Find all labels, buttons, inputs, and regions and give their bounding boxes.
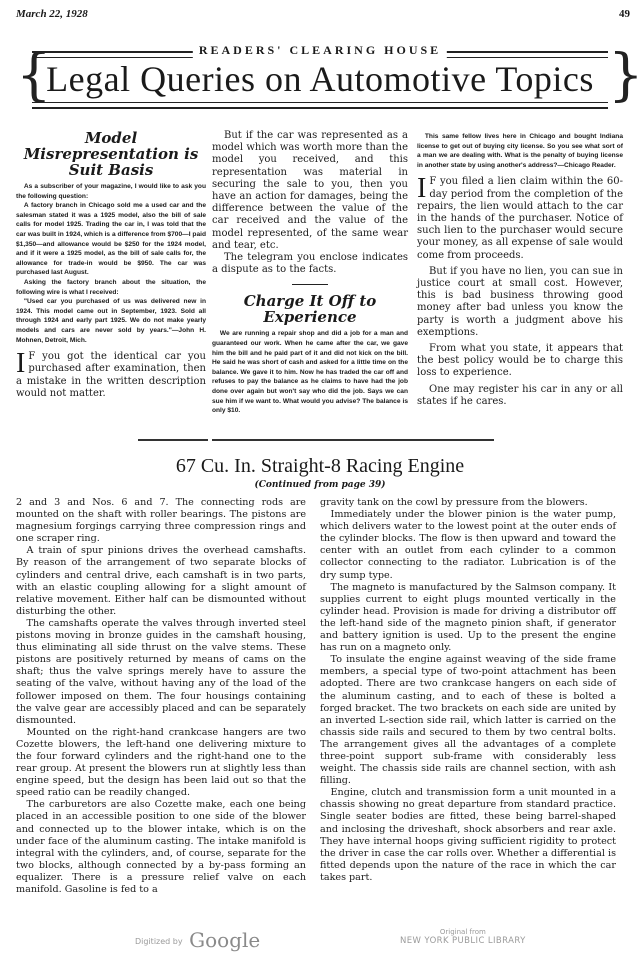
- reader-letter: We are running a repair shop and did a j…: [212, 329, 408, 415]
- letter-paragraph: A factory branch in Chicago sold me a us…: [16, 201, 206, 278]
- reader-letter: This same fellow lives here in Chicago a…: [417, 132, 623, 170]
- column-2: But if the car was represented as a mode…: [212, 130, 408, 416]
- library-name: NEW YORK PUBLIC LIBRARY: [400, 936, 526, 946]
- article-paragraph: The camshafts operate the valves through…: [16, 618, 306, 727]
- article-paragraph: To insulate the engine against weaving o…: [320, 654, 616, 787]
- section-kicker: READERS' CLEARING HOUSE: [193, 43, 447, 58]
- original-label: Original from: [400, 928, 526, 936]
- legal-answer: But if the car was represented as a mode…: [212, 130, 408, 276]
- reader-letter: As a subscriber of your magazine, I woul…: [16, 182, 206, 345]
- answer-paragraph: From what you state, it appears that the…: [417, 343, 623, 380]
- page-number: 49: [619, 8, 630, 20]
- article-column-left: 2 and 3 and Nos. 6 and 7. The connecting…: [16, 497, 306, 896]
- drop-cap: I: [16, 353, 25, 375]
- section-masthead: { } READERS' CLEARING HOUSE Legal Querie…: [18, 43, 622, 115]
- article-paragraph: The carburetors are also Cozette make, e…: [16, 799, 306, 896]
- page-date: March 22, 1928: [16, 8, 88, 20]
- digitized-label: Digitized by: [135, 937, 183, 946]
- article-paragraph: Engine, clutch and transmission form a u…: [320, 787, 616, 884]
- article-column-right: gravity tank on the cowl by pressure fro…: [320, 497, 616, 884]
- column-1: Model Misrepresentation is Suit Basis As…: [16, 130, 206, 400]
- article-title: 67 Cu. In. Straight-8 Racing Engine: [0, 455, 640, 478]
- google-logo: Google: [189, 928, 260, 952]
- answer-paragraph: F you filed a lien claim within the 60-d…: [417, 176, 623, 261]
- drop-cap: I: [417, 178, 426, 200]
- answer-paragraph: The telegram you enclose indicates a dis…: [212, 252, 408, 276]
- section-title: Legal Queries on Automotive Topics: [18, 59, 622, 99]
- answer-paragraph: F you got the identical car you purchase…: [16, 351, 206, 400]
- column-3: This same fellow lives here in Chicago a…: [417, 132, 623, 408]
- letter-paragraph: This same fellow lives here in Chicago a…: [417, 132, 623, 170]
- digitized-by-watermark: Digitized by Google: [135, 928, 260, 952]
- masthead-bottom-rule: [32, 102, 608, 109]
- article-paragraph: A train of spur pinions drives the overh…: [16, 545, 306, 618]
- page-header: March 22, 1928 49: [16, 8, 630, 24]
- letter-paragraph: As a subscriber of your magazine, I woul…: [16, 182, 206, 201]
- legal-answer: I F you filed a lien claim within the 60…: [417, 176, 623, 408]
- answer-paragraph: But if the car was represented as a mode…: [212, 130, 408, 252]
- section-divider: [212, 439, 494, 441]
- original-source-watermark: Original from NEW YORK PUBLIC LIBRARY: [400, 928, 526, 946]
- article-paragraph: gravity tank on the cowl by pressure fro…: [320, 497, 616, 509]
- section-divider: [138, 439, 208, 441]
- letter-paragraph: Asking the factory branch about the situ…: [16, 278, 206, 297]
- answer-paragraph: One may register his car in any or all s…: [417, 384, 623, 408]
- query-heading: Model Misrepresentation is Suit Basis: [16, 130, 206, 178]
- legal-answer: I F you got the identical car you purcha…: [16, 351, 206, 400]
- query-heading: Charge It Off to Experience: [212, 293, 408, 325]
- article-paragraph: 2 and 3 and Nos. 6 and 7. The connecting…: [16, 497, 306, 545]
- answer-paragraph: But if you have no lien, you can sue in …: [417, 266, 623, 339]
- letter-paragraph: "Used car you purchased of us was delive…: [16, 297, 206, 345]
- article-paragraph: Immediately under the blower pinion is t…: [320, 509, 616, 582]
- article-paragraph: The magneto is manufactured by the Salms…: [320, 582, 616, 655]
- article-continuation-note: (Continued from page 39): [0, 480, 640, 490]
- letter-paragraph: We are running a repair shop and did a j…: [212, 329, 408, 415]
- article-paragraph: Mounted on the right-hand crankcase hang…: [16, 727, 306, 800]
- divider: [292, 284, 328, 285]
